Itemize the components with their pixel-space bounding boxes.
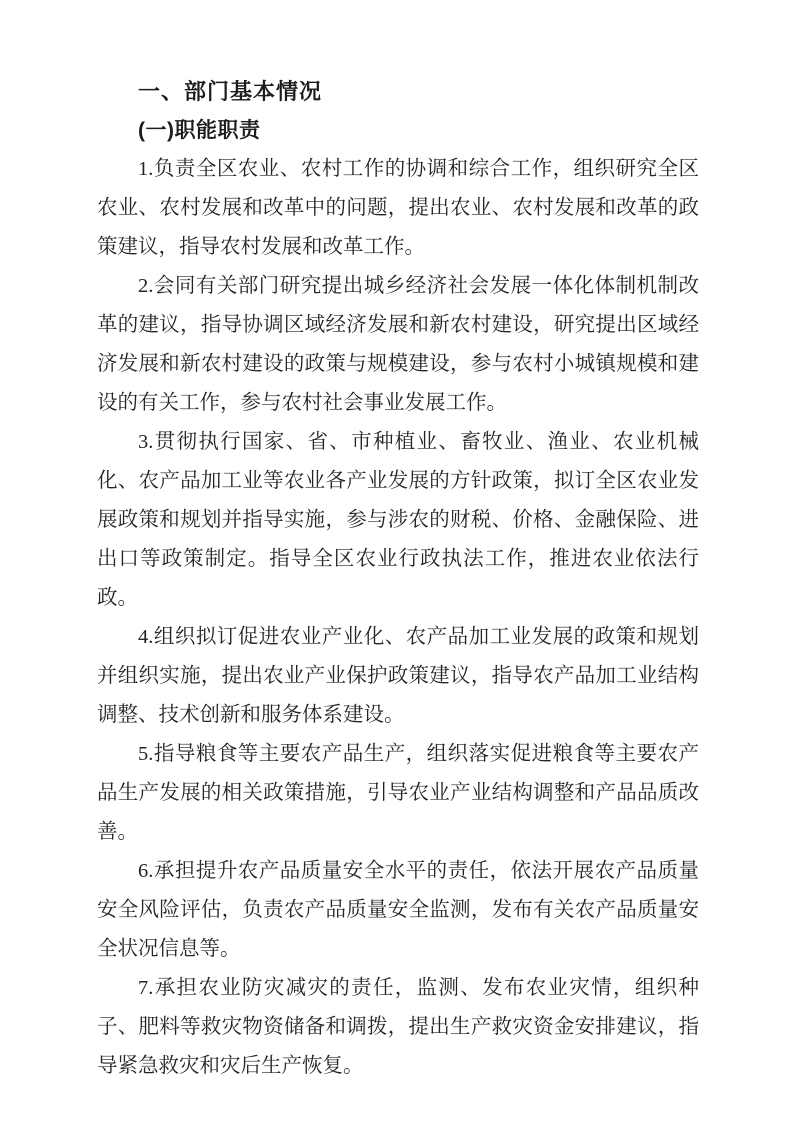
duty-item-2: 2.会同有关部门研究提出城乡经济社会发展一体化体制机制改革的建议，指导协调区域经… [97,267,699,423]
duty-item-6: 6.承担提升农产品质量安全水平的责任，依法开展农产品质量安全风险评估，负责农产品… [97,852,699,969]
duty-item-5: 5.指导粮食等主要农产品生产，组织落实促进粮食等主要农产品生产发展的相关政策措施… [97,735,699,852]
section-heading: 一、部门基本情况 [97,72,699,111]
document-page: 一、部门基本情况 (一)职能职责 1.负责全区农业、农村工作的协调和综合工作，组… [0,0,794,1122]
duty-item-3: 3.贯彻执行国家、省、市种植业、畜牧业、渔业、农业机械化、农产品加工业等农业各产… [97,423,699,618]
duty-item-1: 1.负责全区农业、农村工作的协调和综合工作，组织研究全区农业、农村发展和改革中的… [97,150,699,267]
duty-item-4: 4.组织拟订促进农业产业化、农产品加工业发展的政策和规划并组织实施，提出农业产业… [97,618,699,735]
subsection-heading: (一)职能职责 [97,111,699,150]
duty-item-7: 7.承担农业防灾减灾的责任，监测、发布农业灾情，组织种子、肥料等救灾物资储备和调… [97,969,699,1086]
